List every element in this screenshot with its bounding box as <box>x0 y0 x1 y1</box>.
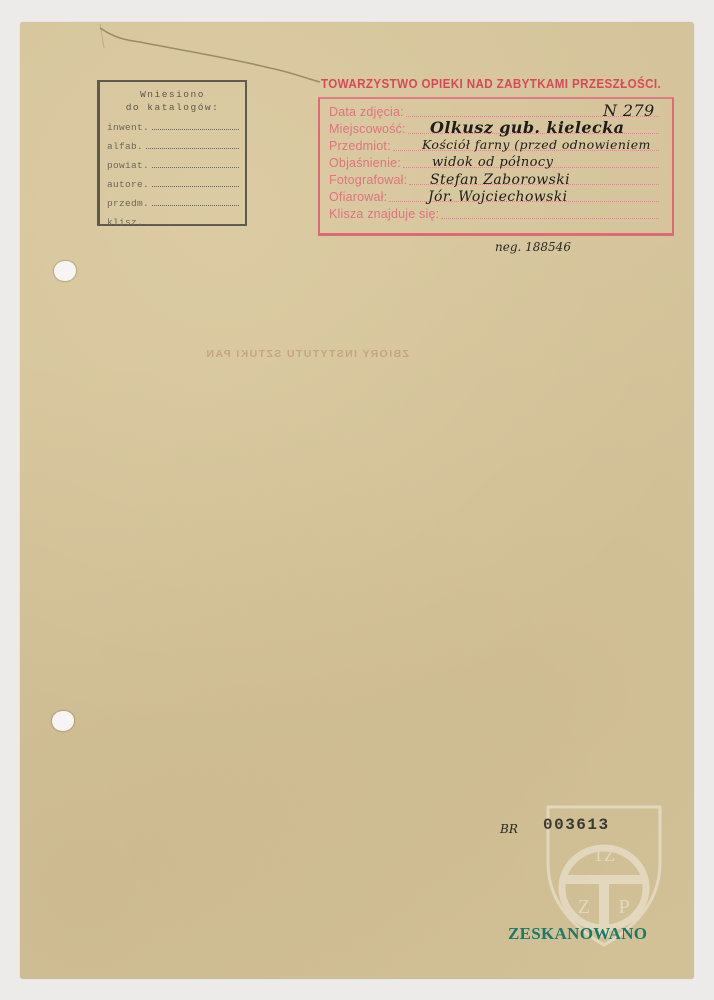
handwritten-donor: Jór. Wojciechowski <box>428 189 568 205</box>
punch-hole-top <box>54 261 76 281</box>
svg-text:P: P <box>618 896 629 918</box>
catalog-stamp: Wniesiono do katalogów: inwent. alfab. p… <box>97 80 247 226</box>
archive-prefix: BR <box>500 822 518 836</box>
catalog-field-przedm: przedm. <box>100 190 245 209</box>
punch-hole-bottom <box>52 711 74 731</box>
svg-text:Z: Z <box>578 896 590 918</box>
catalog-field-inwent: inwent. <box>100 114 245 133</box>
handwritten-location: Olkusz gub. kielecka <box>430 118 624 137</box>
scan-status-label: ZESKANOWANO <box>508 924 647 944</box>
bleed-through-stamp: ZBIORY INSTYTUTU SZTUKI PAN <box>205 348 409 360</box>
catalog-field-klisz: klisz. <box>100 209 245 228</box>
handwritten-subject: Kościół farny (przed odnowieniem <box>422 137 651 152</box>
handwritten-description: widok od północy <box>432 155 553 170</box>
catalog-field-autore: autore. <box>100 171 245 190</box>
handwritten-photographer: Stefan Zaborowski <box>430 172 570 188</box>
negative-registry-note: neg. 188546 <box>495 240 571 254</box>
catalog-field-powiat: powiat. <box>100 152 245 171</box>
svg-text:TZ: TZ <box>593 845 615 865</box>
catalog-field-alfab: alfab. <box>100 133 245 152</box>
society-stamp-header: TOWARZYSTWO OPIEKI NAD ZABYTKAMI PRZESZŁ… <box>321 77 661 91</box>
catalog-stamp-title: Wniesiono do katalogów: <box>100 88 245 114</box>
archive-number: 003613 <box>543 816 610 834</box>
field-negative-location: Klisza znajduje się: <box>329 205 659 221</box>
